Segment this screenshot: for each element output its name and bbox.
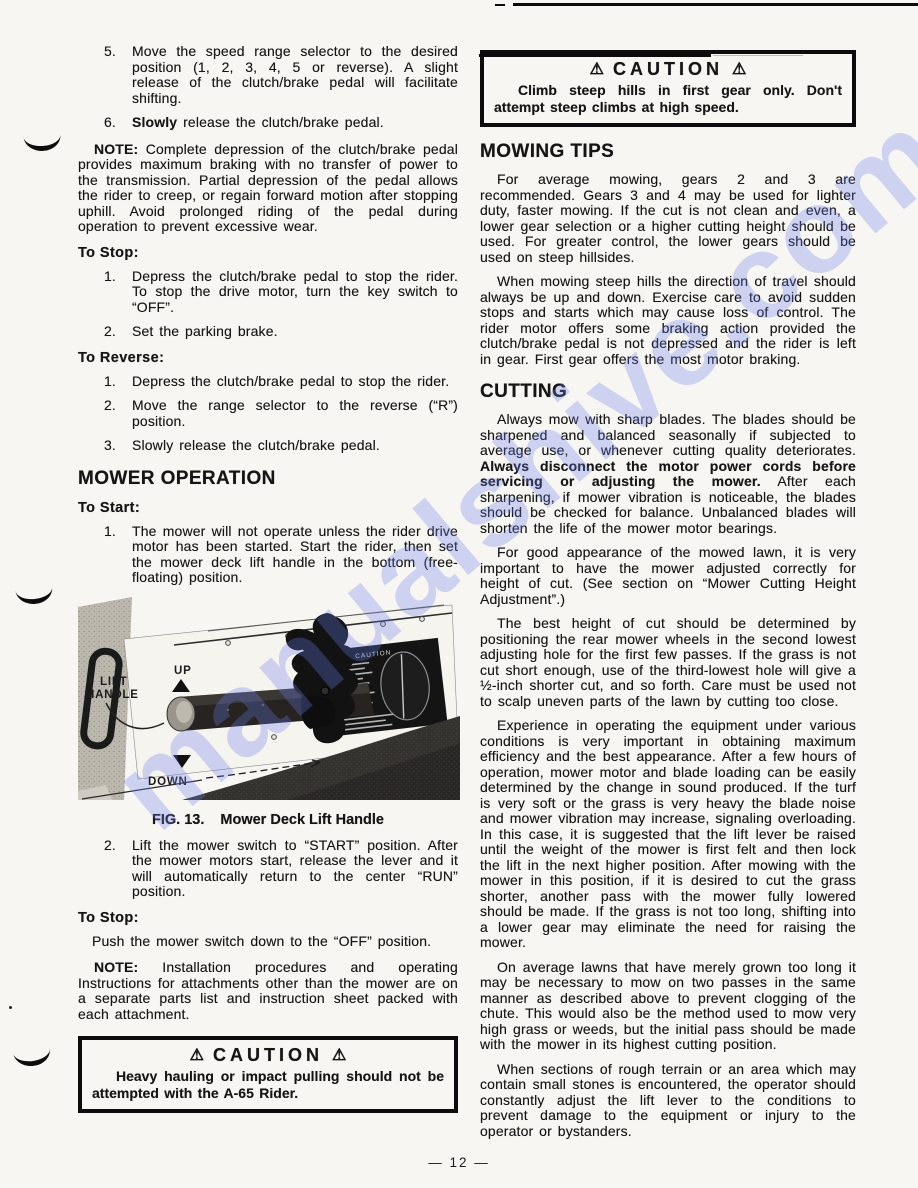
figure-13-photo: CAUTION bbox=[78, 595, 458, 828]
item-number: 2. bbox=[104, 838, 132, 900]
caution-text: Heavy hauling or impact pulling should n… bbox=[92, 1068, 444, 1101]
list-item: 1. Depress the clutch/brake pedal to sto… bbox=[104, 374, 458, 390]
item-text: Depress the clutch/brake pedal to stop t… bbox=[132, 374, 458, 390]
page-number: — 12 — bbox=[0, 1155, 918, 1170]
mowing-paragraph-2: When mowing steep hills the direction of… bbox=[480, 274, 856, 367]
to-start-heading: To Start: bbox=[78, 500, 458, 516]
scan-artifact-line-top bbox=[513, 3, 918, 6]
item-text: Set the parking brake. bbox=[132, 324, 458, 340]
stop-mower-paragraph: Push the mower switch down to the “OFF” … bbox=[78, 934, 458, 950]
note-paragraph-2: NOTE: Installation procedures and operat… bbox=[78, 960, 458, 1022]
caution-title-text: CAUTION bbox=[213, 1045, 323, 1065]
scan-mark-swoosh-2 bbox=[15, 584, 54, 606]
item-number: 2. bbox=[104, 324, 132, 340]
caution-title: ⚠CAUTION⚠ bbox=[494, 59, 842, 80]
caution-box-hills: ⚠CAUTION⚠ Climb steep hills in first gea… bbox=[480, 50, 856, 127]
list-item-6: 6. Slowly release the clutch/brake pedal… bbox=[104, 115, 458, 131]
list-item: 3. Slowly release the clutch/brake pedal… bbox=[104, 438, 458, 454]
cutting-paragraph-1: Always mow with sharp blades. The blades… bbox=[480, 412, 856, 536]
warning-triangle-icon: ⚠ bbox=[332, 1047, 346, 1064]
left-column: 5. Move the speed range selector to the … bbox=[78, 44, 458, 1113]
caution-title: ⚠CAUTION⚠ bbox=[92, 1045, 444, 1066]
to-stop-list: 1. Depress the clutch/brake pedal to sto… bbox=[104, 269, 458, 340]
list-item: 1. The mower will not operate unless the… bbox=[104, 524, 458, 586]
list-item: 2. Move the range selector to the revers… bbox=[104, 398, 458, 429]
list-item: 1. Depress the clutch/brake pedal to sto… bbox=[104, 269, 458, 316]
down-label: DOWN bbox=[148, 776, 188, 788]
mowing-tips-heading: MOWING TIPS bbox=[480, 141, 856, 163]
cutting-paragraph-2: For good appearance of the mowed lawn, i… bbox=[480, 545, 856, 607]
item-text: Lift the mower switch to “START” positio… bbox=[132, 838, 458, 900]
cutting-paragraph-4: Experience in operating the equipment un… bbox=[480, 718, 856, 951]
up-label: UP bbox=[174, 665, 192, 677]
cutting-heading: CUTTING bbox=[480, 381, 856, 403]
note-paragraph-1: NOTE: Complete depression of the clutch/… bbox=[78, 142, 458, 235]
to-stop-heading-1: To Stop: bbox=[78, 245, 458, 261]
mower-operation-heading: MOWER OPERATION bbox=[78, 468, 458, 490]
to-reverse-list: 1. Depress the clutch/brake pedal to sto… bbox=[104, 374, 458, 454]
cutting-paragraph-3: The best height of cut should be determi… bbox=[480, 616, 856, 709]
item-text: Depress the clutch/brake pedal to stop t… bbox=[132, 269, 458, 316]
caution-box-hauling: ⚠CAUTION⚠ Heavy hauling or impact pullin… bbox=[78, 1036, 458, 1113]
cutting-paragraph-6: When sections of rough terrain or an are… bbox=[480, 1062, 856, 1140]
handle-label: HANDLE bbox=[86, 689, 139, 701]
caution-title-text: CAUTION bbox=[613, 59, 723, 79]
list-item: 2. Set the parking brake. bbox=[104, 324, 458, 340]
mowing-paragraph-1: For average mowing, gears 2 and 3 are re… bbox=[480, 172, 856, 265]
item-text: The mower will not operate unless the ri… bbox=[132, 524, 458, 586]
figure-title: Mower Deck Lift Handle bbox=[220, 812, 384, 828]
to-reverse-heading: To Reverse: bbox=[78, 350, 458, 366]
item-number: 1. bbox=[104, 374, 132, 390]
mower-deck-lift-handle-illustration: CAUTION bbox=[78, 595, 460, 800]
item-text: Move the speed range selector to the des… bbox=[132, 44, 458, 106]
figure-number: FIG. 13. bbox=[152, 812, 204, 828]
to-stop-heading-2: To Stop: bbox=[78, 910, 458, 926]
right-column: ⚠CAUTION⚠ Climb steep hills in first gea… bbox=[480, 50, 856, 1148]
to-start-list: 1. The mower will not operate unless the… bbox=[104, 524, 458, 586]
list-item: 2. Lift the mower switch to “START” posi… bbox=[104, 838, 458, 900]
warning-triangle-icon: ⚠ bbox=[732, 61, 746, 78]
warning-triangle-icon: ⚠ bbox=[590, 61, 604, 78]
item-text: Slowly release the clutch/brake pedal. bbox=[132, 115, 458, 131]
item-number: 2. bbox=[104, 398, 132, 429]
operating-steps-list: 5. Move the speed range selector to the … bbox=[104, 44, 458, 131]
cutting-paragraph-5: On average lawns that have merely grown … bbox=[480, 960, 856, 1053]
manual-page: 5. Move the speed range selector to the … bbox=[0, 0, 918, 1188]
item-number: 1. bbox=[104, 269, 132, 316]
figure-caption: FIG. 13.Mower Deck Lift Handle bbox=[78, 812, 458, 828]
scan-speck-dot bbox=[9, 1006, 12, 1009]
caution-text: Climb steep hills in first gear only. Do… bbox=[494, 82, 842, 115]
item-text: Move the range selector to the reverse (… bbox=[132, 398, 458, 429]
scan-mark-swoosh-3 bbox=[13, 1045, 52, 1069]
scan-mark-swoosh-1 bbox=[23, 131, 61, 152]
to-start-list-continued: 2. Lift the mower switch to “START” posi… bbox=[104, 838, 458, 900]
warning-triangle-icon: ⚠ bbox=[190, 1047, 204, 1064]
list-item-5: 5. Move the speed range selector to the … bbox=[104, 44, 458, 106]
lift-label: LIFT bbox=[100, 676, 127, 688]
item-number: 3. bbox=[104, 438, 132, 454]
item-text: Slowly release the clutch/brake pedal. bbox=[132, 438, 458, 454]
item-number: 1. bbox=[104, 524, 132, 586]
item-number: 6. bbox=[104, 115, 132, 131]
item-number: 5. bbox=[104, 44, 132, 106]
scan-artifact-dash bbox=[495, 4, 505, 6]
